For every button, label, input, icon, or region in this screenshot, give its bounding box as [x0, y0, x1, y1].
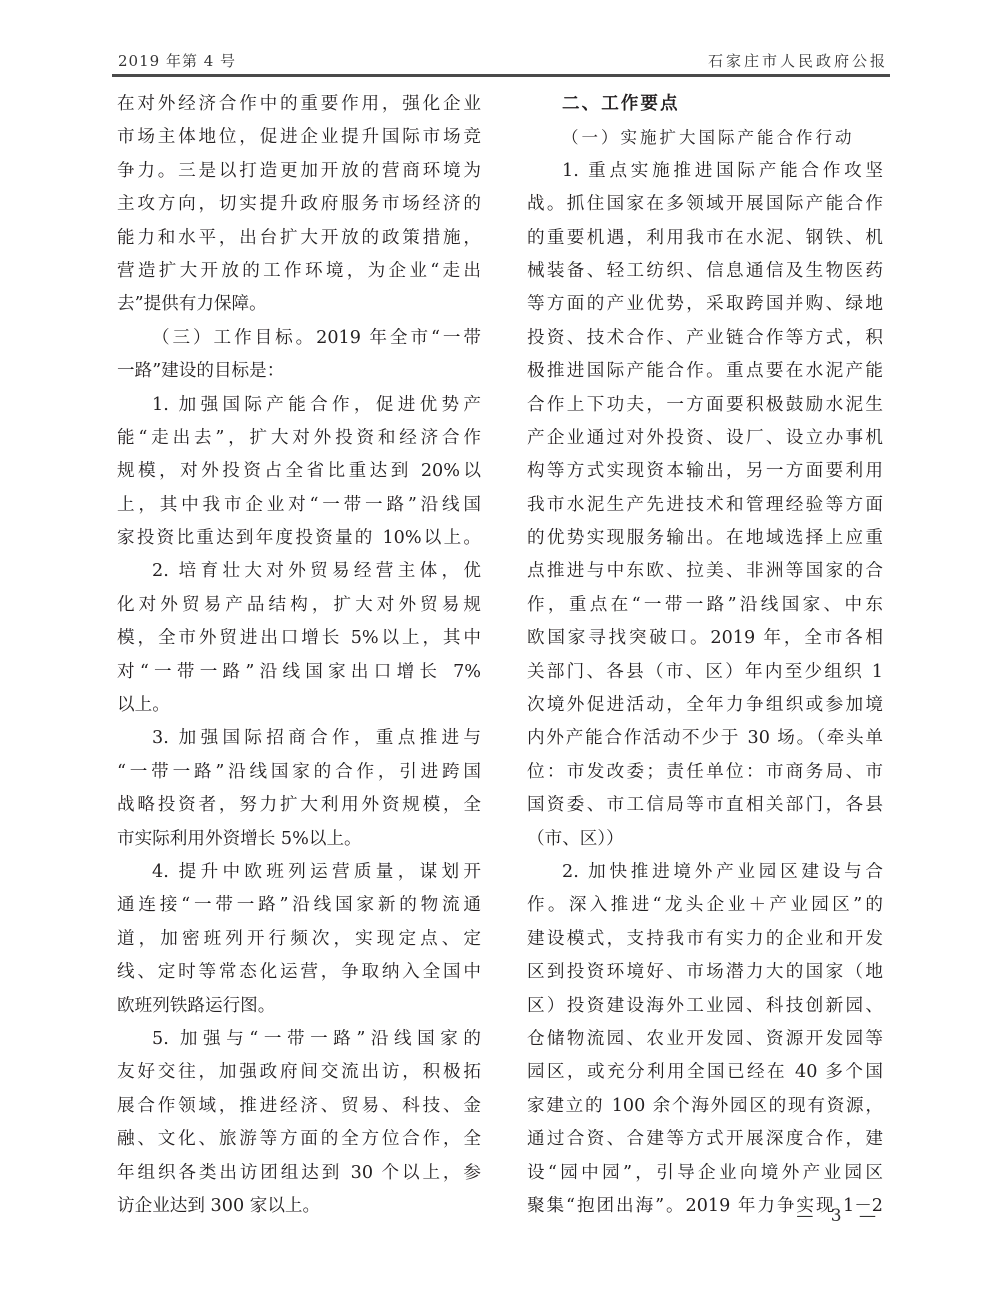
paragraph-point-1: 1. 重点实施推进国际产能合作攻坚 战。抓住国家在多领域开展国际产能合作 的重要…: [527, 155, 883, 856]
text-line: 建设模式，支持我市有实力的企业和开发: [527, 923, 883, 956]
running-header: 2019 年第 4 号 石家庄市人民政府公报: [112, 48, 888, 72]
text-line: 作，重点在“一带一路”沿线国家、中东: [527, 589, 883, 622]
paragraph-point-2: 2. 加快推进境外产业园区建设与合 作。深入推进“龙头企业＋产业园区”的 建设模…: [527, 856, 883, 1223]
text-line: 对“一带一路”沿线国家出口增长 7%: [117, 656, 481, 689]
text-line: 营造扩大开放的工作环境，为企业“走出: [117, 255, 481, 288]
text-line: 国资委、市工信局等市直相关部门，各县: [527, 789, 883, 822]
issue-label: 2019 年第 4 号: [118, 50, 236, 71]
text-line: 市场主体地位，促进企业提升国际市场竞: [117, 121, 481, 154]
text-line: 通连接“一带一路”沿线国家新的物流通: [117, 889, 481, 922]
text-line: 市实际利用外资增长 5%以上。: [117, 823, 481, 856]
text-line: 年组织各类出访团组达到 30 个以上，参: [117, 1157, 481, 1190]
text-line: 极推进国际产能合作。重点要在水泥产能: [527, 355, 883, 388]
text-line: 争力。三是以打造更加开放的营商环境为: [117, 155, 481, 188]
text-line: “一带一路”沿线国家的合作，引进跨国: [117, 756, 481, 789]
text-line: 规模，对外投资占全省比重达到 20%以: [117, 455, 481, 488]
section-heading: 二、工作要点: [527, 88, 883, 121]
paragraph-goal-1: 1. 加强国际产能合作，促进优势产 能“走出去”，扩大对外投资和经济合作 规模，…: [117, 389, 481, 556]
text-line: 4. 提升中欧班列运营质量，谋划开: [117, 856, 481, 889]
text-line: 等方面的产业优势，采取跨国并购、绿地: [527, 288, 883, 321]
text-line: 的重要机遇，利用我市在水泥、钢铁、机: [527, 222, 883, 255]
text-line: 合作上下功夫，一方面要积极鼓励水泥生: [527, 389, 883, 422]
paragraph-goal-2: 2. 培育壮大对外贸易经营主体，优 化对外贸易产品结构，扩大对外贸易规 模，全市…: [117, 555, 481, 722]
text-line: （市、区））: [527, 823, 883, 856]
text-line: 展合作领域，推进经济、贸易、科技、金: [117, 1090, 481, 1123]
text-line: 我市水泥生产先进技术和管理经验等方面: [527, 489, 883, 522]
text-line: 点推进与中东欧、拉美、非洲等国家的合: [527, 555, 883, 588]
text-line: 家建立的 100 余个海外园区的现有资源，: [527, 1090, 883, 1123]
text-line: 区）投资建设海外工业园、科技创新园、: [527, 990, 883, 1023]
text-line: 内外产能合作活动不少于 30 场。（牵头单: [527, 722, 883, 755]
text-line: 园区，或充分利用全国已经在 40 多个国: [527, 1056, 883, 1089]
text-line: 能“走出去”，扩大对外投资和经济合作: [117, 422, 481, 455]
text-line: 在对外经济合作中的重要作用，强化企业: [117, 88, 481, 121]
text-line: 一路”建设的目标是：: [117, 355, 481, 388]
header-divider: [112, 74, 890, 77]
text-line: 1. 加强国际产能合作，促进优势产: [117, 389, 481, 422]
text-line: 家投资比重达到年度投资量的 10%以上。: [117, 522, 481, 555]
text-line: 的优势实现服务输出。在地域选择上应重: [527, 522, 883, 555]
text-line: 5. 加强与“一带一路”沿线国家的: [117, 1023, 481, 1056]
text-line: 访企业达到 300 家以上。: [117, 1190, 481, 1223]
text-line: 通过合资、合建等方式开展深度合作，建: [527, 1123, 883, 1156]
text-line: 2. 培育壮大对外贸易经营主体，优: [117, 555, 481, 588]
paragraph-goal-3: 3. 加强国际招商合作，重点推进与 “一带一路”沿线国家的合作，引进跨国 战略投…: [117, 722, 481, 856]
text-line: 化对外贸易产品结构，扩大对外贸易规: [117, 589, 481, 622]
text-line: 投资、技术合作、产业链合作等方式，积: [527, 322, 883, 355]
text-line: 仓储物流园、农业开发园、资源开发园等: [527, 1023, 883, 1056]
text-line: 次境外促进活动，全年力争组织或参加境: [527, 689, 883, 722]
text-line: 设“园中园”，引导企业向境外产业园区: [527, 1157, 883, 1190]
text-line: 上，其中我市企业对“一带一路”沿线国: [117, 489, 481, 522]
text-line: 2. 加快推进境外产业园区建设与合: [527, 856, 883, 889]
left-column: 在对外经济合作中的重要作用，强化企业 市场主体地位，促进企业提升国际市场竞 争力…: [117, 88, 481, 1223]
text-line: 欧班列铁路运行图。: [117, 990, 481, 1023]
paragraph-continuation: 在对外经济合作中的重要作用，强化企业 市场主体地位，促进企业提升国际市场竞 争力…: [117, 88, 481, 322]
text-line: 产企业通过对外投资、设厂、设立办事机: [527, 422, 883, 455]
text-line: 位：市发改委；责任单位：市商务局、市: [527, 756, 883, 789]
text-line: 3. 加强国际招商合作，重点推进与: [117, 722, 481, 755]
text-line: 作。深入推进“龙头企业＋产业园区”的: [527, 889, 883, 922]
paragraph-goal-5: 5. 加强与“一带一路”沿线国家的 友好交往，加强政府间交流出访，积极拓 展合作…: [117, 1023, 481, 1223]
right-column: 二、工作要点 （一）实施扩大国际产能合作行动 1. 重点实施推进国际产能合作攻坚…: [527, 88, 883, 1223]
text-line: 模，全市外贸进出口增长 5%以上，其中: [117, 622, 481, 655]
text-line: 欧国家寻找突破口。2019 年，全市各相: [527, 622, 883, 655]
subsection-heading: （一）实施扩大国际产能合作行动: [527, 121, 883, 154]
text-line: 关部门、各县（市、区）年内至少组织 1: [527, 656, 883, 689]
text-line: 区到投资环境好、市场潜力大的国家（地: [527, 956, 883, 989]
paragraph-work-goals: （三）工作目标。2019 年全市“一带 一路”建设的目标是：: [117, 322, 481, 389]
text-line: 能力和水平，出台扩大开放的政策措施，: [117, 222, 481, 255]
text-line: 主攻方向，切实提升政府服务市场经济的: [117, 188, 481, 221]
text-line: 1. 重点实施推进国际产能合作攻坚: [527, 155, 883, 188]
paragraph-goal-4: 4. 提升中欧班列运营质量，谋划开 通连接“一带一路”沿线国家新的物流通 道，加…: [117, 856, 481, 1023]
text-line: 战。抓住国家在多领域开展国际产能合作: [527, 188, 883, 221]
text-line: 以上。: [117, 689, 481, 722]
publication-title: 石家庄市人民政府公报: [708, 50, 888, 71]
text-line: 融、文化、旅游等方面的全方位合作，全: [117, 1123, 481, 1156]
text-line: 构等方式实现资本输出，另一方面要利用: [527, 455, 883, 488]
page-number: — 3 —: [796, 1206, 882, 1226]
text-line: 械装备、轻工纺织、信息通信及生物医药: [527, 255, 883, 288]
text-line: 线、定时等常态化运营，争取纳入全国中: [117, 956, 481, 989]
text-line: 友好交往，加强政府间交流出访，积极拓: [117, 1056, 481, 1089]
text-line: 去”提供有力保障。: [117, 288, 481, 321]
text-line: 道，加密班列开行频次，实现定点、定: [117, 923, 481, 956]
text-line: （三）工作目标。2019 年全市“一带: [117, 322, 481, 355]
text-line: 战略投资者，努力扩大利用外资规模，全: [117, 789, 481, 822]
